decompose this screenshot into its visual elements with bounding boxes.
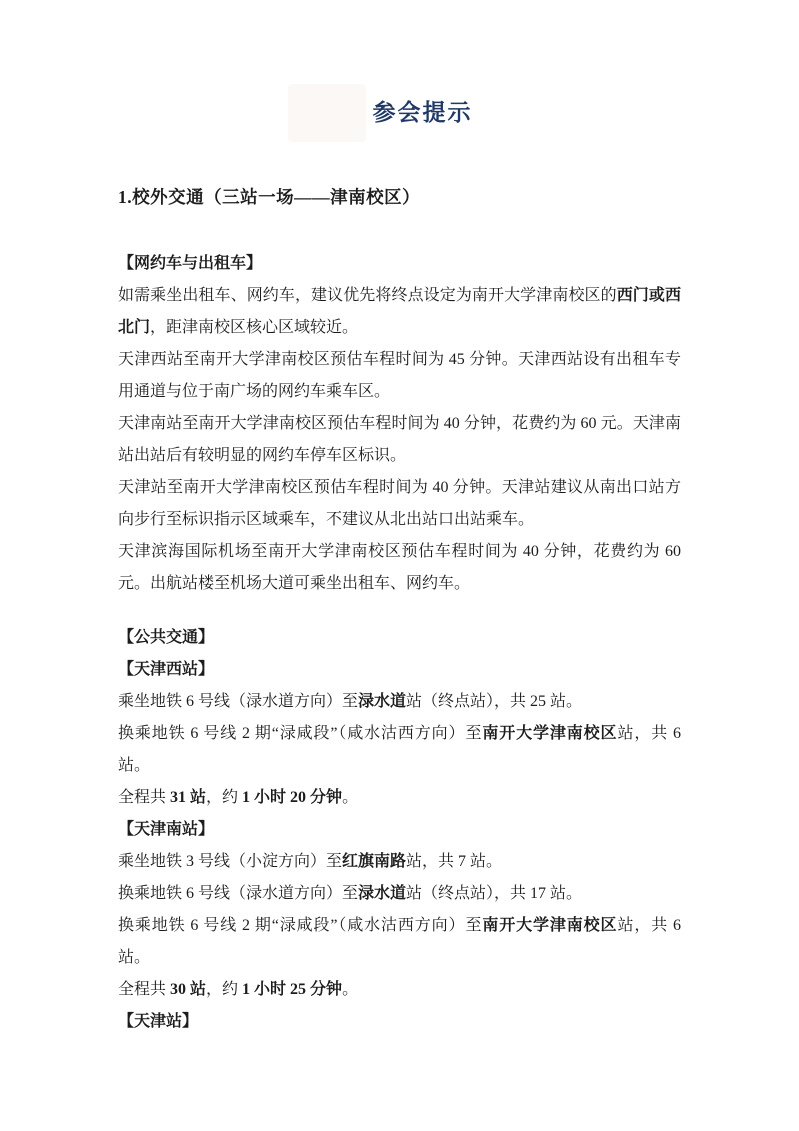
text-run: 全程共 (118, 981, 170, 998)
body-paragraph: 换乘地铁 6 号线 2 期“渌咸段”（咸水沽西方向）至南开大学津南校区站，共 6… (118, 718, 681, 782)
subheading-paragraph: 【天津西站】 (118, 654, 681, 686)
body-paragraph: 如需乘坐出租车、网约车，建议优先将终点设定为南开大学津南校区的西门或西北门，距津… (118, 280, 681, 344)
bold-text-run: 【天津南站】 (118, 821, 214, 838)
text-run: 换乘地铁 6 号线 2 期“渌咸段”（咸水沽西方向）至 (118, 917, 482, 934)
body-paragraph: 乘坐地铁 3 号线（小淀方向）至红旗南路站，共 7 站。 (118, 846, 681, 878)
body-paragraph: 换乘地铁 6 号线（渌水道方向）至渌水道站（终点站），共 17 站。 (118, 878, 681, 910)
bold-text-run: 【天津西站】 (118, 661, 214, 678)
blank-line (118, 600, 681, 622)
bold-text-run: 红旗南路 (342, 853, 406, 870)
body-paragraph: 天津站至南开大学津南校区预估车程时间为 40 分钟。天津站建议从南出口站方向步行… (118, 472, 681, 536)
bold-text-run: 1 小时 25 分钟 (242, 981, 342, 998)
subheading-paragraph: 【天津南站】 (118, 814, 681, 846)
bold-text-run: 31 站 (170, 789, 206, 806)
text-run: 乘坐地铁 6 号线（渌水道方向）至 (118, 693, 358, 710)
bold-text-run: 【公共交通】 (118, 629, 214, 646)
subheading-paragraph: 【天津站】 (118, 1006, 681, 1038)
text-run: 天津西站至南开大学津南校区预估车程时间为 45 分钟。天津西站设有出租车专用通道… (118, 351, 681, 400)
body-paragraph: 全程共 31 站，约 1 小时 20 分钟。 (118, 782, 681, 814)
text-run: 天津站至南开大学津南校区预估车程时间为 40 分钟。天津站建议从南出口站方向步行… (118, 479, 681, 528)
text-run: 站，共 7 站。 (406, 853, 502, 870)
text-run: ，约 (206, 981, 242, 998)
text-run: ，距津南校区核心区域较近。 (150, 319, 358, 336)
section-heading: 1.校外交通（三站一场——津南校区） (118, 184, 681, 210)
body-paragraph: 乘坐地铁 6 号线（渌水道方向）至渌水道站（终点站），共 25 站。 (118, 686, 681, 718)
bold-text-run: 南开大学津南校区 (482, 725, 617, 742)
document-title: 参会提示 (23, 0, 799, 130)
body-paragraph: 天津西站至南开大学津南校区预估车程时间为 45 分钟。天津西站设有出租车专用通道… (118, 344, 681, 408)
bold-text-run: 渌水道 (358, 885, 406, 902)
text-run: 站（终点站），共 17 站。 (406, 885, 582, 902)
document-page: 参会提示 1.校外交通（三站一场——津南校区） 【网约车与出租车】如需乘坐出租车… (0, 0, 799, 1131)
body-paragraph: 换乘地铁 6 号线 2 期“渌咸段”（咸水沽西方向）至南开大学津南校区站，共 6… (118, 910, 681, 974)
document-content: 1.校外交通（三站一场——津南校区） 【网约车与出租车】如需乘坐出租车、网约车，… (0, 184, 799, 1038)
text-run: 换乘地铁 6 号线（渌水道方向）至 (118, 885, 358, 902)
body-paragraph: 天津南站至南开大学津南校区预估车程时间为 40 分钟，花费约为 60 元。天津南… (118, 408, 681, 472)
text-run: 。 (342, 789, 358, 806)
bold-text-run: 30 站 (170, 981, 206, 998)
document-body: 【网约车与出租车】如需乘坐出租车、网约车，建议优先将终点设定为南开大学津南校区的… (118, 248, 681, 1038)
text-run: 站（终点站），共 25 站。 (406, 693, 582, 710)
bold-text-run: 1 小时 20 分钟 (242, 789, 342, 806)
subheading-paragraph: 【公共交通】 (118, 622, 681, 654)
text-run: 如需乘坐出租车、网约车，建议优先将终点设定为南开大学津南校区的 (118, 287, 617, 304)
bold-text-run: 渌水道 (358, 693, 406, 710)
text-run: 天津滨海国际机场至南开大学津南校区预估车程时间为 40 分钟，花费约为 60 元… (118, 543, 681, 592)
bold-text-run: 南开大学津南校区 (482, 917, 617, 934)
text-run: 天津南站至南开大学津南校区预估车程时间为 40 分钟，花费约为 60 元。天津南… (118, 415, 681, 464)
body-paragraph: 天津滨海国际机场至南开大学津南校区预估车程时间为 40 分钟，花费约为 60 元… (118, 536, 681, 600)
text-run: 换乘地铁 6 号线 2 期“渌咸段”（咸水沽西方向）至 (118, 725, 482, 742)
text-run: ，约 (206, 789, 242, 806)
subheading-paragraph: 【网约车与出租车】 (118, 248, 681, 280)
bold-text-run: 【天津站】 (118, 1013, 198, 1030)
text-run: 全程共 (118, 789, 170, 806)
body-paragraph: 全程共 30 站，约 1 小时 25 分钟。 (118, 974, 681, 1006)
bold-text-run: 【网约车与出租车】 (118, 255, 262, 272)
text-run: 。 (342, 981, 358, 998)
text-run: 乘坐地铁 3 号线（小淀方向）至 (118, 853, 342, 870)
